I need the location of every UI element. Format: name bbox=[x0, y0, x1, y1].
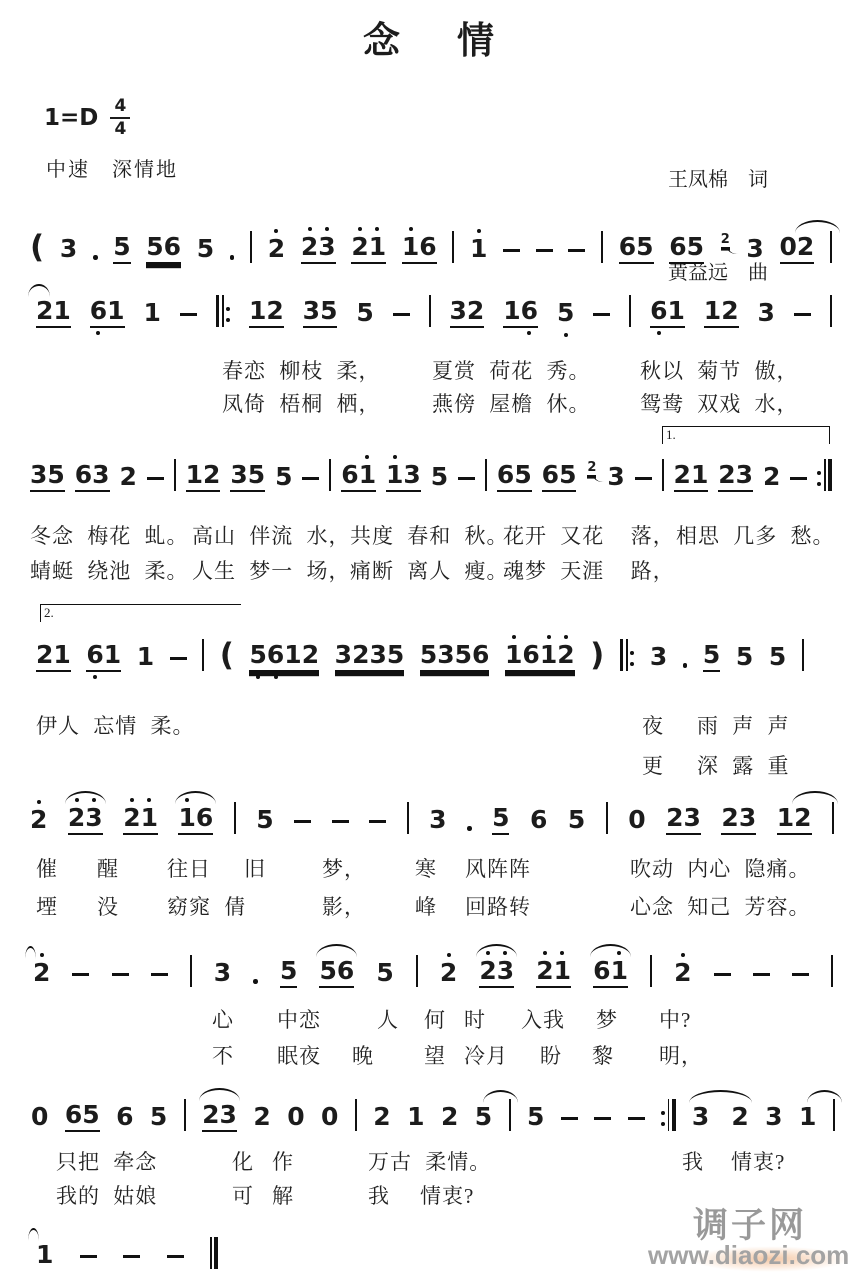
volta-label: 1. bbox=[666, 427, 676, 443]
tie-arc bbox=[316, 944, 357, 957]
duration-dash bbox=[561, 1117, 578, 1120]
barline bbox=[250, 231, 252, 263]
music-line-8: 1 bbox=[36, 1228, 218, 1270]
note-token: 65 bbox=[542, 462, 577, 492]
note-digit: 2 bbox=[721, 298, 738, 324]
note-token: 35 bbox=[230, 462, 265, 492]
note-digit: 5 bbox=[197, 236, 214, 262]
tie-arc bbox=[689, 1090, 752, 1103]
duration-dash bbox=[112, 973, 129, 976]
note-token: 5 bbox=[527, 1104, 544, 1132]
note-token: 12 bbox=[777, 805, 812, 835]
lyric-segment: 窈窕 倩 bbox=[167, 891, 246, 921]
duration-dash bbox=[568, 249, 585, 252]
note-token: 61 bbox=[650, 298, 685, 328]
note-token: 21 bbox=[674, 462, 709, 492]
note-token: 1 bbox=[799, 1104, 816, 1132]
note-digit: 3 bbox=[214, 960, 231, 986]
grace-note: 2 bbox=[721, 233, 730, 248]
note-token: 6 bbox=[530, 807, 547, 835]
duration-dash bbox=[792, 973, 809, 976]
repeat-start-barline bbox=[620, 639, 634, 671]
lyric-segment: 蜻蜓 绕池 柔。 bbox=[30, 555, 189, 585]
barline bbox=[329, 459, 331, 491]
note-digit: 2 bbox=[718, 462, 735, 488]
lyric-segment: 心念 知己 芳容。 bbox=[630, 891, 811, 921]
note-digit: 2 bbox=[794, 805, 811, 831]
barline bbox=[606, 802, 608, 834]
octave-dot-below bbox=[657, 331, 661, 335]
lyric-segment: 眠夜 bbox=[277, 1040, 321, 1070]
octave-dot-below bbox=[564, 333, 568, 337]
note-digit: 6 bbox=[90, 298, 107, 324]
duration-dash bbox=[794, 313, 811, 316]
note-digit: 6 bbox=[267, 642, 284, 668]
music-line-3: 35632123556113565652321232 bbox=[30, 450, 832, 492]
note-token: 32 bbox=[450, 298, 485, 328]
note-digit: 1 bbox=[359, 462, 376, 488]
tie-arc bbox=[28, 284, 50, 297]
octave-dot-above bbox=[393, 455, 397, 459]
note-digit: 6 bbox=[196, 805, 213, 831]
page-title: 念 情 bbox=[0, 10, 867, 64]
note-digit: 5 bbox=[492, 805, 509, 831]
lyric-segment: 雨 声 声 bbox=[697, 710, 790, 740]
note-digit: 3 bbox=[736, 462, 753, 488]
note-digit: 2 bbox=[467, 298, 484, 324]
tie-arc bbox=[65, 791, 106, 804]
volta-bracket-2: 2. bbox=[40, 604, 241, 622]
lyric-segment: 我的 姑娘 bbox=[56, 1180, 157, 1210]
lyric-segment: 深 露 重 bbox=[697, 750, 790, 780]
duration-dash bbox=[170, 657, 187, 660]
lyric-segment: 往日 bbox=[167, 853, 211, 883]
note-digit: 6 bbox=[65, 1102, 82, 1128]
repeat-end-barline bbox=[817, 459, 831, 491]
repeat-end-barline bbox=[661, 1099, 675, 1131]
barline bbox=[662, 459, 664, 491]
note-digit: 1 bbox=[799, 1104, 816, 1130]
note-digit: 5 bbox=[320, 298, 337, 324]
volta-label: 2. bbox=[44, 605, 54, 621]
note-digit: 1 bbox=[143, 300, 160, 326]
lyric-segment: 峰 bbox=[415, 891, 437, 921]
note-token: 3 bbox=[429, 807, 446, 835]
duration-dash bbox=[369, 820, 386, 823]
note-token: 2 bbox=[373, 1104, 390, 1132]
parenthesis: ( bbox=[220, 640, 234, 672]
lyric-segment: 中? bbox=[659, 1004, 691, 1034]
octave-dot-above bbox=[375, 227, 379, 231]
note-token: 0 bbox=[628, 807, 645, 835]
lyric-segment: 只把 牵念 bbox=[56, 1146, 157, 1176]
note-token: 16 bbox=[402, 234, 437, 264]
note-digit: 2 bbox=[203, 462, 220, 488]
note-token: 3 bbox=[746, 236, 763, 264]
note-token: 23 bbox=[721, 805, 756, 835]
note-digit: 2 bbox=[797, 234, 814, 260]
music-line-7: 0656523200212553231 bbox=[31, 1090, 835, 1132]
music-line-2: 21611123553216561123 bbox=[36, 286, 832, 328]
note-digit: 5 bbox=[568, 807, 585, 833]
octave-dot-above bbox=[130, 798, 134, 802]
repeat-dots bbox=[817, 471, 821, 486]
note-digit: 6 bbox=[75, 462, 92, 488]
note-digit: 2 bbox=[373, 1104, 390, 1130]
note-digit: 1 bbox=[141, 805, 158, 831]
parenthesis: ( bbox=[30, 232, 44, 264]
note-digit: 2 bbox=[557, 642, 574, 668]
note-token: 0 bbox=[287, 1104, 304, 1132]
note-digit: 2 bbox=[763, 464, 780, 490]
note-token: 5 bbox=[557, 300, 574, 328]
note-digit: 6 bbox=[116, 1104, 133, 1130]
note-digit: 2 bbox=[253, 1104, 270, 1130]
note-digit: 3 bbox=[746, 236, 763, 262]
note-digit: 3 bbox=[369, 642, 386, 668]
note-digit: 2 bbox=[202, 1102, 219, 1128]
note-token: 23 bbox=[68, 805, 103, 835]
watermark-site-url: www.diaozi.com bbox=[648, 1240, 849, 1271]
note-digit: 5 bbox=[527, 1104, 544, 1130]
duration-dash bbox=[593, 313, 610, 316]
note-digit: 5 bbox=[455, 642, 472, 668]
note-digit: 6 bbox=[497, 462, 514, 488]
note-token: 5 bbox=[492, 805, 509, 835]
note-token: 21 bbox=[123, 805, 158, 835]
note-digit: 1 bbox=[284, 642, 301, 668]
note-token: 5 bbox=[736, 644, 753, 672]
note-digit: 1 bbox=[53, 298, 70, 324]
duration-dash bbox=[147, 477, 164, 480]
octave-dot-above bbox=[308, 227, 312, 231]
note-digit: 1 bbox=[540, 642, 557, 668]
note-token: 1 bbox=[143, 300, 160, 328]
note-digit: 1 bbox=[704, 298, 721, 324]
note-digit: 6 bbox=[472, 642, 489, 668]
note-digit: 0 bbox=[628, 807, 645, 833]
note-token: 5612 bbox=[249, 642, 319, 672]
note-token: 21 bbox=[36, 298, 71, 328]
lyric-segment: 人生 梦一 场， bbox=[192, 555, 351, 585]
note-digit: 2 bbox=[536, 958, 553, 984]
note-digit: 3 bbox=[692, 1104, 709, 1130]
final-barline bbox=[210, 1237, 218, 1269]
decor bbox=[214, 1237, 218, 1269]
decor bbox=[620, 639, 624, 671]
note-token: 5 bbox=[431, 464, 448, 492]
note-digit: 2 bbox=[36, 298, 53, 324]
note-digit: 1 bbox=[503, 298, 520, 324]
note-digit: 5 bbox=[150, 1104, 167, 1130]
music-line-1: (355652232116165652302 bbox=[30, 222, 832, 264]
note-token: 5 bbox=[256, 807, 273, 835]
octave-dot-above bbox=[560, 951, 564, 955]
octave-dot-below bbox=[256, 675, 260, 679]
note-digit: 3 bbox=[85, 805, 102, 831]
note-digit: 5 bbox=[420, 642, 437, 668]
octave-dot-above bbox=[409, 227, 413, 231]
note-token: 13 bbox=[386, 462, 421, 492]
octave-dot-above bbox=[325, 227, 329, 231]
barline bbox=[190, 955, 192, 987]
note-digit: 5 bbox=[356, 300, 373, 326]
augmentation-dot bbox=[467, 826, 472, 831]
note-digit: 3 bbox=[607, 464, 624, 490]
tie-arc bbox=[476, 944, 517, 957]
octave-dot-below bbox=[93, 675, 97, 679]
duration-dash bbox=[294, 820, 311, 823]
note-digit: 1 bbox=[402, 234, 419, 260]
note-digit: 2 bbox=[268, 236, 285, 262]
grace-note: 2 bbox=[587, 461, 596, 476]
lyric-segment: 解 bbox=[272, 1180, 294, 1210]
decor bbox=[817, 482, 821, 486]
lyric-segment: 凤倚 梧桐 栖， bbox=[222, 388, 381, 418]
grace-slur-hook bbox=[726, 245, 738, 257]
tie-arc bbox=[28, 1228, 39, 1241]
sheet-music-page: 念 情 1=D 4 4 中速 深情地 王凤棉 词 黄益远 曲 1.2. (355… bbox=[0, 0, 867, 1286]
octave-dot-below bbox=[274, 675, 278, 679]
lyric-segment: 情衷? bbox=[731, 1146, 785, 1176]
augmentation-dot bbox=[230, 255, 235, 260]
note-token: 12 bbox=[249, 298, 284, 328]
barline bbox=[629, 295, 631, 327]
octave-dot-above bbox=[37, 800, 41, 804]
note-digit: 5 bbox=[687, 234, 704, 260]
note-digit: 2 bbox=[266, 298, 283, 324]
note-digit: 5 bbox=[248, 462, 265, 488]
note-digit: 3 bbox=[429, 807, 446, 833]
lyric-segment: 冷月 bbox=[464, 1040, 508, 1070]
duration-dash bbox=[458, 477, 475, 480]
lyric-segment: 明， bbox=[659, 1040, 703, 1070]
lyric-segment: 作 bbox=[272, 1146, 294, 1176]
note-digit: 1 bbox=[777, 805, 794, 831]
lyric-segment: 伊人 忘情 柔。 bbox=[36, 710, 195, 740]
note-digit: 5 bbox=[146, 234, 163, 260]
note-digit: 2 bbox=[301, 234, 318, 260]
note-digit: 5 bbox=[113, 234, 130, 260]
duration-dash bbox=[393, 313, 410, 316]
note-digit: 2 bbox=[721, 805, 738, 831]
music-line-6: 23556522321612 bbox=[33, 946, 833, 988]
lyricist-credit: 王凤棉 词 bbox=[668, 165, 768, 196]
note-token: 3 bbox=[60, 236, 77, 264]
note-digit: 5 bbox=[736, 644, 753, 670]
note-digit: 6 bbox=[86, 642, 103, 668]
note-token: 21 bbox=[351, 234, 386, 264]
note-digit: 1 bbox=[107, 298, 124, 324]
note-token: 5 bbox=[769, 644, 786, 672]
lyric-segment: 醒 bbox=[97, 853, 119, 883]
note-token: 3 bbox=[607, 464, 624, 492]
lyric-segment: 更 bbox=[642, 750, 664, 780]
note-digit: 1 bbox=[186, 462, 203, 488]
note-token: 65 bbox=[669, 234, 704, 264]
note-digit: 0 bbox=[287, 1104, 304, 1130]
decor bbox=[210, 1237, 212, 1269]
note-digit: 5 bbox=[557, 300, 574, 326]
note-token: 3235 bbox=[335, 642, 405, 672]
note-token: 65 bbox=[619, 234, 654, 264]
octave-dot-above bbox=[365, 455, 369, 459]
note-token: 3 bbox=[758, 300, 775, 328]
lyric-segment: 晚 bbox=[352, 1040, 374, 1070]
note-digit: 1 bbox=[53, 642, 70, 668]
note-token: 5 bbox=[113, 234, 130, 264]
note-digit: 1 bbox=[249, 298, 266, 324]
note-digit: 6 bbox=[341, 462, 358, 488]
lyric-segment: 鸳鸯 双戏 水， bbox=[640, 388, 799, 418]
note-digit: 5 bbox=[47, 462, 64, 488]
octave-dot-below bbox=[527, 331, 531, 335]
note-digit: 2 bbox=[68, 805, 85, 831]
note-token: 63 bbox=[75, 462, 110, 492]
note-digit: 6 bbox=[669, 234, 686, 260]
lyric-segment: 时 bbox=[464, 1004, 486, 1034]
note-token: 2 bbox=[30, 807, 47, 835]
decor bbox=[222, 295, 224, 327]
lyric-segment: 夜 bbox=[642, 710, 664, 740]
note-digit: 2 bbox=[441, 1104, 458, 1130]
tie-arc bbox=[175, 791, 216, 804]
note-token: 23 bbox=[301, 234, 336, 264]
grace-note-digit: 2 bbox=[721, 233, 730, 248]
note-digit: 3 bbox=[220, 1102, 237, 1128]
note-token: 3 bbox=[765, 1104, 782, 1132]
note-digit: 5 bbox=[769, 644, 786, 670]
lyric-segment: 人 bbox=[377, 1004, 399, 1034]
note-token: 3 bbox=[650, 644, 667, 672]
note-digit: 6 bbox=[650, 298, 667, 324]
barline bbox=[429, 295, 431, 327]
note-token: 1 bbox=[470, 236, 487, 264]
duration-dash bbox=[167, 1255, 184, 1258]
duration-dash bbox=[714, 973, 731, 976]
note-token: 2 bbox=[441, 1104, 458, 1132]
note-token: 2 bbox=[119, 464, 136, 492]
note-digit: 5 bbox=[636, 234, 653, 260]
note-token: 2 bbox=[268, 236, 285, 264]
barline bbox=[416, 955, 418, 987]
note-digit: 3 bbox=[650, 644, 667, 670]
note-token: 23 bbox=[479, 958, 514, 988]
note-token: 61 bbox=[86, 642, 121, 672]
volta-bracket-1: 1. bbox=[662, 426, 830, 444]
note-digit: 0 bbox=[780, 234, 797, 260]
note-digit: 6 bbox=[522, 642, 539, 668]
meter-denominator: 4 bbox=[114, 121, 126, 138]
note-digit: 1 bbox=[667, 298, 684, 324]
lyric-segment: 我 bbox=[682, 1146, 704, 1176]
barline bbox=[802, 639, 804, 671]
parenthesis: ) bbox=[590, 640, 604, 672]
note-token: 23 bbox=[718, 462, 753, 492]
octave-dot-above bbox=[512, 635, 516, 639]
decor bbox=[828, 459, 832, 491]
note-digit: 2 bbox=[36, 642, 53, 668]
note-digit: 1 bbox=[137, 644, 154, 670]
lyric-segment: 堙 bbox=[36, 891, 58, 921]
lyric-segment: 回路转 bbox=[465, 891, 531, 921]
lyric-segment: 高山 伴流 水， bbox=[192, 520, 351, 550]
decor bbox=[216, 295, 220, 327]
note-digit: 5 bbox=[431, 464, 448, 490]
note-digit: 5 bbox=[376, 960, 393, 986]
note-token: 2 bbox=[440, 960, 457, 988]
tie-arc bbox=[807, 1090, 843, 1103]
lyric-segment: 影， bbox=[322, 891, 366, 921]
lyric-segment: 吹动 内心 隐痛。 bbox=[630, 853, 811, 883]
note-digit: 2 bbox=[479, 958, 496, 984]
octave-dot-below bbox=[96, 331, 100, 335]
duration-dash bbox=[635, 477, 652, 480]
lyric-segment: 中恋 bbox=[277, 1004, 321, 1034]
note-digit: 2 bbox=[440, 960, 457, 986]
note-token: 5 bbox=[475, 1104, 492, 1132]
note-token: 23 bbox=[202, 1102, 237, 1132]
duration-dash bbox=[503, 249, 520, 252]
barline bbox=[830, 295, 832, 327]
duration-dash bbox=[628, 1117, 645, 1120]
augmentation-dot bbox=[93, 255, 98, 260]
lyric-segment: 风阵阵 bbox=[465, 853, 531, 883]
lyric-segment: 望 bbox=[424, 1040, 446, 1070]
duration-dash bbox=[72, 973, 89, 976]
repeat-dots bbox=[630, 651, 634, 666]
barline bbox=[355, 1099, 357, 1131]
note-digit: 2 bbox=[30, 807, 47, 833]
note-token: 56 bbox=[319, 958, 354, 988]
tie-arc bbox=[199, 1088, 240, 1101]
note-token: 65 bbox=[65, 1102, 100, 1132]
lyric-segment: 旧 bbox=[244, 853, 266, 883]
decor bbox=[626, 639, 628, 671]
note-digit: 3 bbox=[60, 236, 77, 262]
note-token: 23 bbox=[666, 805, 701, 835]
barline bbox=[509, 1099, 511, 1131]
note-digit: 1 bbox=[104, 642, 121, 668]
tie-arc bbox=[483, 1090, 519, 1103]
duration-dash bbox=[790, 477, 807, 480]
lyric-segment: 没 bbox=[97, 891, 119, 921]
note-digit: 2 bbox=[352, 642, 369, 668]
barline bbox=[650, 955, 652, 987]
barline bbox=[601, 231, 603, 263]
duration-dash bbox=[123, 1255, 140, 1258]
decor bbox=[630, 662, 634, 666]
note-token: 5 bbox=[197, 236, 214, 264]
note-token: 35 bbox=[30, 462, 65, 492]
octave-dot-above bbox=[147, 798, 151, 802]
note-digit: 1 bbox=[369, 234, 386, 260]
note-digit: 1 bbox=[386, 462, 403, 488]
note-digit: 5 bbox=[387, 642, 404, 668]
lyric-segment: 何 bbox=[424, 1004, 446, 1034]
note-token: 21 bbox=[36, 642, 71, 672]
octave-dot-above bbox=[564, 635, 568, 639]
note-token: 32 bbox=[692, 1104, 749, 1132]
note-digit: 1 bbox=[470, 236, 487, 262]
music-line-5: 2232116535650232312 bbox=[30, 793, 834, 835]
note-digit: 2 bbox=[33, 960, 50, 986]
note-token: 3 bbox=[214, 960, 231, 988]
note-digit: 3 bbox=[758, 300, 775, 326]
note-token: 1 bbox=[137, 644, 154, 672]
note-digit: 3 bbox=[765, 1104, 782, 1130]
key-signature-block: 1=D 4 4 bbox=[44, 98, 130, 138]
